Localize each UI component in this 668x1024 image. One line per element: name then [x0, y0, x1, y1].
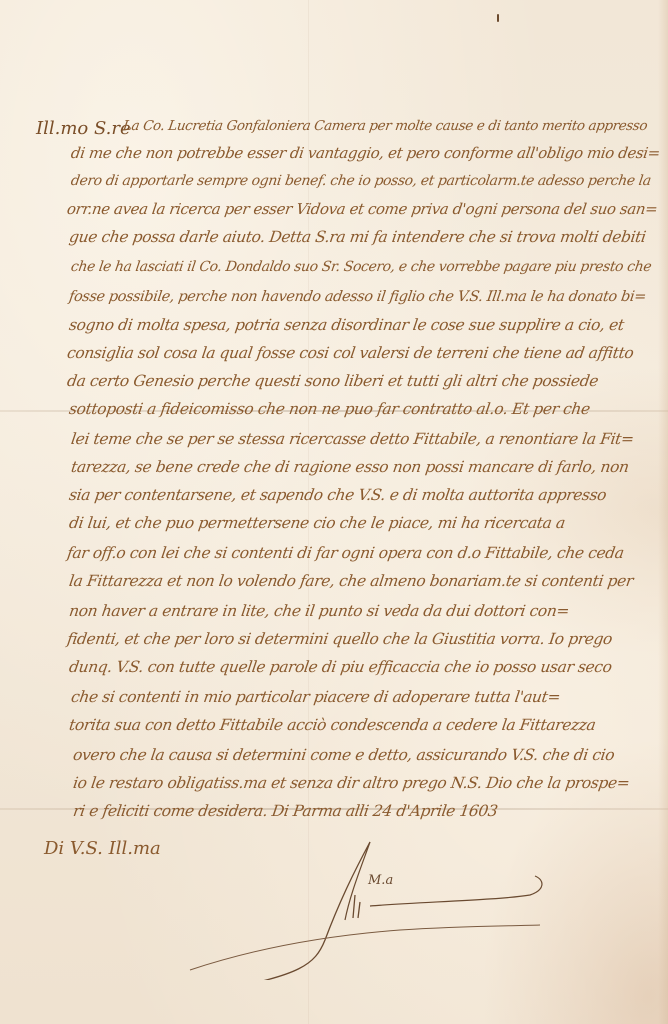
letter-line: sottoposti a fideicomisso che non ne puo… — [68, 402, 591, 418]
letter-line: sogno di molta spesa, potria senza disor… — [68, 318, 625, 334]
letter-line: La Co. Lucretia Gonfaloniera Camera per … — [122, 120, 648, 134]
closing-formula: Di V.S. Ill.ma — [44, 838, 161, 859]
letter-line: consiglia sol cosa la qual fosse cosi co… — [66, 346, 634, 362]
letter-line: torita sua con detto Fittabile acciò con… — [68, 718, 596, 734]
letter-line: la Fittarezza et non lo volendo fare, ch… — [68, 574, 634, 590]
letter-line: sia per contentarsene, et sapendo che V.… — [68, 488, 607, 504]
letter-line: da certo Genesio perche questi sono libe… — [66, 374, 599, 390]
letter-line: non haver a entrare in lite, che il punt… — [68, 604, 570, 620]
letter-page: Ill.mo S.re La Co. Lucretia Gonfaloniera… — [0, 0, 668, 1024]
letter-line: fidenti, et che per loro si determini qu… — [66, 632, 613, 648]
signature-flourish-icon: M.a — [160, 840, 580, 980]
letter-line: che le ha lasciati il Co. Dondaldo suo S… — [70, 260, 652, 274]
letter-line: tarezza, se bene crede che di ragione es… — [70, 460, 630, 476]
letter-line: dunq. V.S. con tutte quelle parole di pi… — [68, 660, 613, 676]
ink-speck — [497, 14, 499, 22]
letter-line: ri e feliciti come desidera. Di Parma al… — [72, 804, 498, 820]
letter-line: io le restaro obligatiss.ma et senza dir… — [72, 776, 630, 792]
letter-line: di lui, et che puo permettersene cio che… — [68, 516, 566, 532]
letter-line: lei teme che se per se stessa ricercasse… — [70, 432, 635, 448]
letter-line: overo che la causa si determini come e d… — [72, 748, 615, 764]
letter-line: orr.ne avea la ricerca per esser Vidova … — [66, 202, 658, 217]
letter-line: di me che non potrebbe esser di vantaggi… — [70, 146, 661, 161]
letter-line: gue che possa darle aiuto. Detta S.ra mi… — [68, 230, 647, 246]
salutation: Ill.mo S.re — [36, 118, 131, 139]
letter-line: dero di apportarle sempre ogni benef. ch… — [70, 174, 652, 188]
letter-line: che si contenti in mio particolar piacer… — [70, 690, 561, 706]
svg-text:M.a: M.a — [367, 873, 393, 888]
letter-line: far off.o con lei che si contenti di far… — [66, 546, 625, 562]
letter-line: fosse possibile, perche non havendo ades… — [68, 290, 647, 305]
